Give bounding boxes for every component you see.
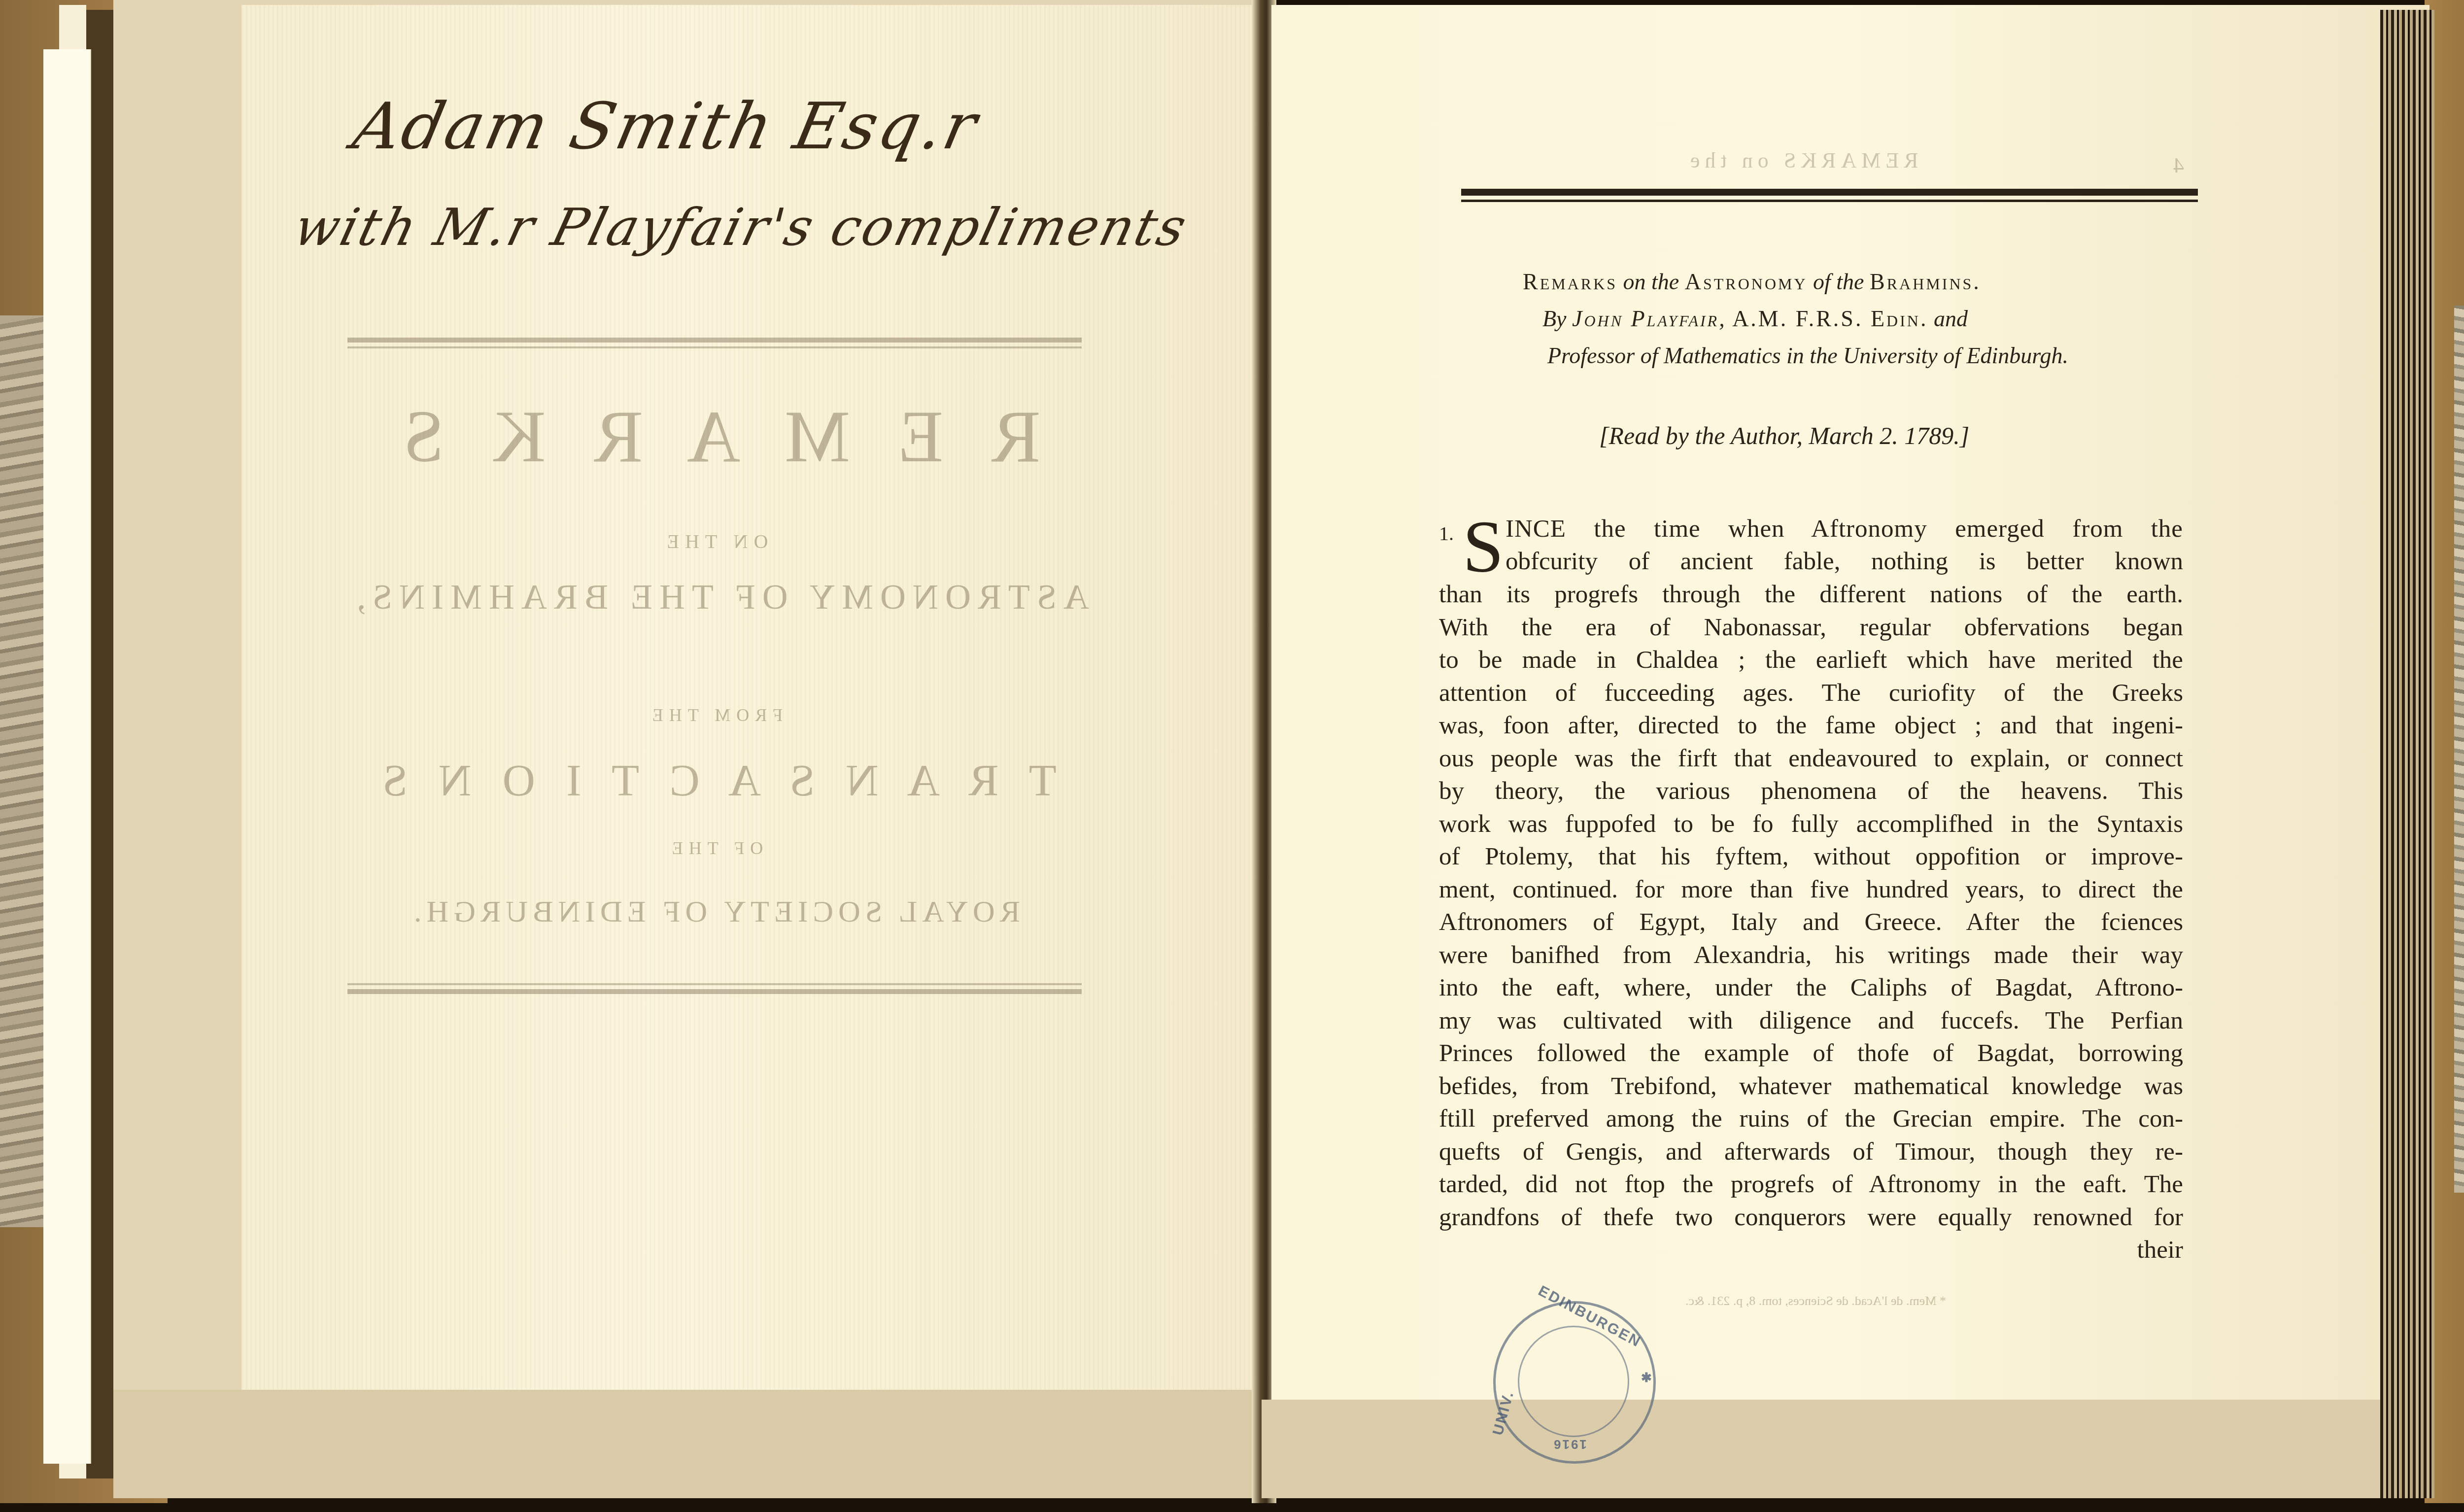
- body-line: quefts of Gengis, and afterwards of Timo…: [1439, 1135, 2183, 1168]
- byline-degrees: A.M. F.R.S. Edin.: [1732, 306, 1928, 331]
- article-body: 1. S INCE the time when Aftronomy emerge…: [1439, 513, 2183, 1267]
- body-line: were banifhed from Alexandria, his writi…: [1439, 939, 2183, 972]
- body-line: work was fuppofed to be fo fully accompl…: [1439, 808, 2183, 841]
- bleed-rule-top: [347, 338, 1082, 343]
- body-line: With the era of Nabonassar, regular obfe…: [1439, 611, 2183, 644]
- title-remarks: Remarks: [1523, 269, 1617, 294]
- body-line: of Ptolemy, that his fyftem, without opp…: [1439, 840, 2183, 873]
- byline-professorship: Professor of Mathematics in the Universi…: [1547, 343, 2068, 369]
- body-line: Aftronomers of Egypt, Italy and Greece. …: [1439, 906, 2183, 939]
- article-byline: By John Playfair, A.M. F.R.S. Edin. and: [1542, 306, 1968, 332]
- article-title: Remarks on the Astronomy of the Brahmins…: [1523, 269, 1981, 295]
- marbled-endpaper-left: [0, 315, 49, 1227]
- byline-by: By: [1542, 306, 1567, 331]
- byline-author: John Playfair,: [1572, 306, 1727, 331]
- stamp-text-bottom: 1916: [1552, 1437, 1587, 1452]
- bleed-title-from-the: FROM THE: [345, 705, 1084, 725]
- title-brahmins: Brahmins.: [1870, 269, 1981, 294]
- bleed-title-on-the: ON THE: [345, 530, 1084, 553]
- bleed-title-transactions: T R A N S A C T I O N S: [345, 754, 1084, 806]
- bleed-footnote: * Mem. de l'Acad. de Sciences, tom. 8, p…: [1685, 1294, 1946, 1308]
- body-line: obfcurity of ancient fable, nothing is b…: [1506, 545, 2183, 578]
- bleed-title-remarks: R E M A R K S: [345, 394, 1084, 479]
- header-rule-thin: [1461, 200, 2198, 202]
- body-line: was, foon after, directed to the fame ob…: [1439, 709, 2183, 742]
- body-line: my was cultivated with diligence and fuc…: [1439, 1004, 2183, 1037]
- body-line: than its progrefs through the different …: [1439, 578, 2183, 611]
- body-line: Princes followed the example of thofe of…: [1439, 1037, 2183, 1070]
- left-page-bottom-band: [113, 1390, 1262, 1498]
- title-on-the: on the: [1623, 269, 1679, 294]
- body-line: INCE the time when Aftronomy emerged fro…: [1506, 513, 2183, 546]
- body-line: befides, from Trebifond, whatever mathem…: [1439, 1070, 2183, 1103]
- body-line: into the eaft, where, under the Caliphs …: [1439, 971, 2183, 1004]
- flyleaf-left: [43, 49, 90, 1464]
- read-note: [Read by the Author, March 2. 1789.]: [1599, 421, 1969, 450]
- opening-lines: 1. S INCE the time when Aftronomy emerge…: [1439, 513, 2183, 578]
- header-rule-thick: [1461, 189, 2198, 196]
- page-fore-edges: [2380, 10, 2434, 1498]
- title-astronomy: Astronomy: [1685, 269, 1808, 294]
- title-of-the: of the: [1813, 269, 1864, 294]
- bleed-title-astronomy: ASTRONOMY OF THE BRAHMINS,: [320, 577, 1119, 618]
- bleed-page-number: 4: [2168, 153, 2184, 178]
- catchword: their: [1439, 1234, 2183, 1267]
- body-line: by theory, the various phenomena of the …: [1439, 775, 2183, 808]
- library-stamp-inner-ring: [1518, 1326, 1629, 1437]
- body-line: grandfons of thefe two conquerors were e…: [1439, 1201, 2183, 1234]
- body-line: to be made in Chaldea ; the earlieft whi…: [1439, 644, 2183, 677]
- marbled-endpaper-right: [2454, 306, 2464, 1193]
- body-line: ftill preferved among the ruins of the G…: [1439, 1102, 2183, 1135]
- inscription-line-1: Adam Smith Esq.r: [347, 89, 985, 164]
- bleed-title-royal-society: ROYAL SOCIETY OF EDINBURGH.: [345, 894, 1084, 929]
- bleed-rule-top-thin: [347, 346, 1082, 348]
- bleed-rule-bottom: [347, 989, 1082, 994]
- stamp-star-icon: ✱: [1641, 1370, 1653, 1385]
- right-page-bottom-band: [1262, 1400, 2390, 1498]
- body-line: ous people was the firft that endeavoure…: [1439, 742, 2183, 775]
- body-line: tarded, did not ftop the progrefs of Aft…: [1439, 1168, 2183, 1201]
- section-number: 1.: [1439, 517, 1454, 550]
- bleed-rule-bottom-thin: [347, 983, 1082, 985]
- body-line: ment, continued. for more than five hund…: [1439, 873, 2183, 906]
- drop-cap: S: [1463, 513, 1504, 582]
- body-line: attention of fucceeding ages. The curiof…: [1439, 677, 2183, 710]
- byline-and: and: [1934, 306, 1968, 331]
- inscription-line-2: with M.r Playfair's compliments: [288, 197, 1194, 257]
- bleed-title-of-the: OF THE: [345, 838, 1084, 859]
- bleed-running-head: REMARKS on the: [1685, 148, 1918, 173]
